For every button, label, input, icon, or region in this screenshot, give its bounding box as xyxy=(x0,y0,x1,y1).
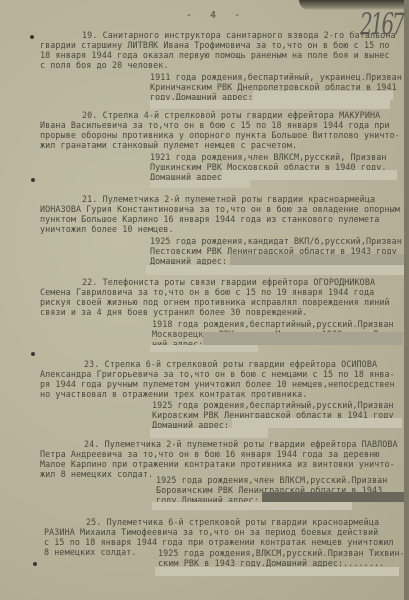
entry-line: Малое Карлино при отражении контратаки п… xyxy=(40,459,395,469)
entry-line: Александра Григорьевича за то,что он в б… xyxy=(40,369,395,379)
bio-line: 1925 года рождения,беспартийный,русский,… xyxy=(152,400,394,410)
entry-line: связи и за 4 дня боев устранил более 30 … xyxy=(40,307,307,317)
entry-line: уничтожил более 10 немцев. xyxy=(40,224,174,234)
entry-line: 8 немецких солдат. xyxy=(44,547,137,557)
entry-line: РАЗИНА Михаила Тимофеевича за то,что он … xyxy=(44,527,378,537)
redacted-address xyxy=(150,428,268,438)
entry-line: 19. Санитарного инструктора санитарного … xyxy=(82,30,396,40)
entry-line: 18 января 1944 года оказал первую помощь… xyxy=(40,50,390,60)
entry-line: 21. Пулеметчика 2-й пулеметной роты гвар… xyxy=(82,194,375,204)
entry-line: 24. Пулеметчика 2-й пулеметной роты гвар… xyxy=(84,439,398,449)
document-page: - 4 - 2167 19. Санитарного инструктора с… xyxy=(0,0,409,600)
entry-line: 25. Пулеметчика 6-й стрелковой роты гвар… xyxy=(86,517,379,527)
redacted-address xyxy=(253,91,393,100)
bio-line: 1911 года рождения,беспартийный, украине… xyxy=(150,72,402,82)
redacted-address xyxy=(203,332,403,345)
redacted-address xyxy=(152,502,352,510)
entry-line: 23. Стрелка 6-й стрелковой роты гвардии … xyxy=(84,359,377,369)
redacted-address xyxy=(146,265,404,275)
bio-line: 1918 года рождения,беспартийный,русский.… xyxy=(152,319,394,329)
entry-line: прорыве обороны противника у опорного пу… xyxy=(40,130,400,140)
punch-mark xyxy=(30,35,34,39)
redacted-address xyxy=(262,492,404,502)
bio-line: 1921 года рождения,член ВЛКСМ,русский, П… xyxy=(150,152,387,162)
entry-line: но участвовал в отражении трех контратак… xyxy=(40,389,307,399)
entry-line: с 15 по 18 января 1944 года при отражени… xyxy=(44,537,394,547)
redacted-address xyxy=(155,567,399,576)
entry-line: пунктом Большое Карлино 16 января 1944 г… xyxy=(40,214,379,224)
punch-mark xyxy=(31,352,35,356)
entry-line: 22. Телефониста роты связи гвардии ефрей… xyxy=(82,277,375,287)
entry-line: 20. Стрелка 4-й стрелковой роты гвардии … xyxy=(82,110,380,120)
entry-line: рискуя своей жизнью под огнем противника… xyxy=(40,297,390,307)
bio-line: 1925 года рождения,ВЛКСМ,русский.Призван… xyxy=(158,548,405,558)
entry-line: ря 1944 года ручным пулеметом уничтожил … xyxy=(40,379,395,389)
entry-line: гвардии старшину ЛИТВЯК Ивана Трофимович… xyxy=(40,40,390,50)
redacted-address xyxy=(222,170,397,180)
entry-line: жил гранатами станковый пулемет немцев с… xyxy=(40,140,297,150)
bio-line: 1925 года рождения,член ВЛКСМ,русский.Пр… xyxy=(156,475,387,485)
bio-line: 1925 года рождения,кандидат ВКП/б,русски… xyxy=(150,236,402,246)
entry-line: Семена Гавриловича за то,что он в бою с … xyxy=(40,287,374,297)
page-number: - 4 - xyxy=(186,10,246,21)
entry-line: ИОНАЗОВА Гурия Константиновича за то,что… xyxy=(40,204,400,214)
redacted-address xyxy=(150,100,390,109)
entry-line: Ивана Васильевича за то,что он в бою с 1… xyxy=(40,120,390,130)
punch-mark xyxy=(33,562,37,566)
entry-line: Петра Андреевича за то,что он в бою 16 я… xyxy=(40,449,379,459)
redacted-address xyxy=(232,418,402,428)
page-edge xyxy=(404,0,409,600)
redacted-address xyxy=(150,345,258,352)
punch-mark xyxy=(31,178,35,182)
redacted-address xyxy=(150,180,250,188)
entry-line: с поля боя до 20 человек. xyxy=(40,60,169,70)
entry-line: жил 8 немецких солдат. xyxy=(40,469,153,479)
redacted-address xyxy=(230,254,404,265)
